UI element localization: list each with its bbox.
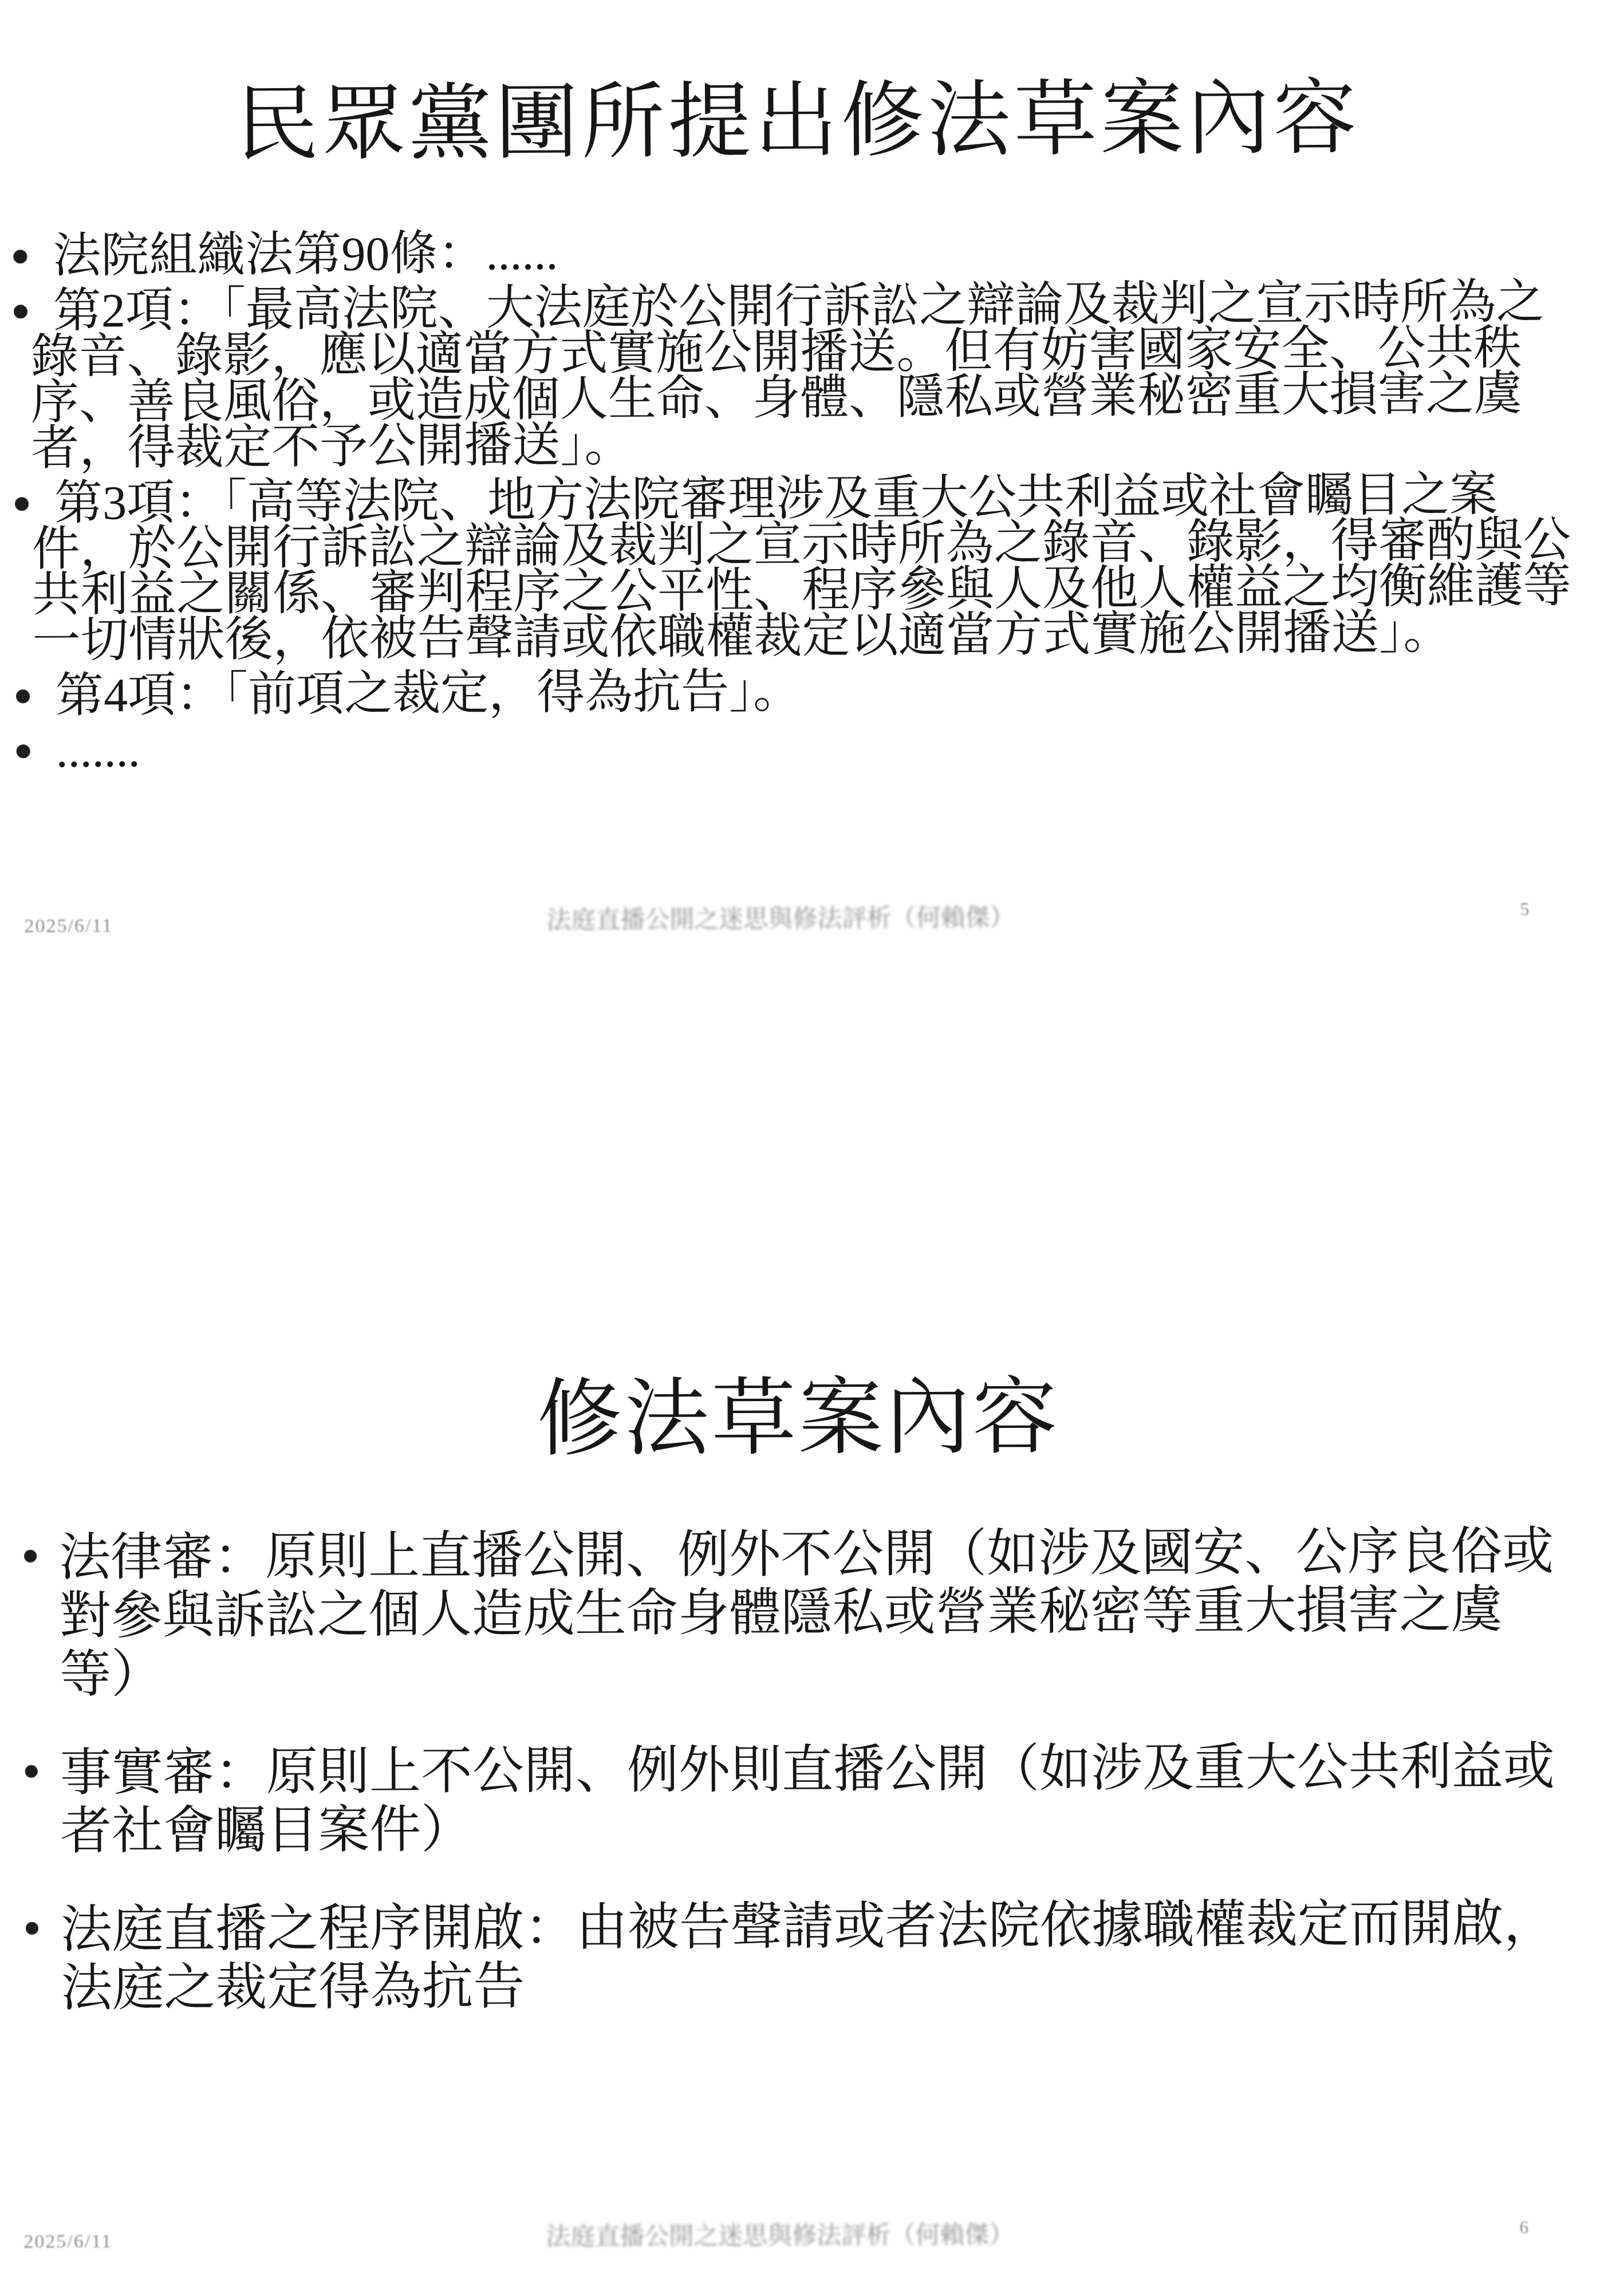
bullet-dot-icon bbox=[15, 497, 29, 511]
footer-presentation-title: 法庭直播公開之迷思與修法評析（何賴傑） bbox=[546, 898, 1027, 936]
page-title: 民眾黨團所提出修法草案內容 bbox=[0, 49, 1598, 178]
scanned-page: 民眾黨團所提出修法草案內容 法院組織法第90條：...... 第2項：「最高法院… bbox=[0, 0, 1600, 2296]
bullet-list: 法律審：原則上直播公開、例外不公開（如涉及國安、公序良俗或對參與訴訟之個人造成生… bbox=[0, 1522, 1576, 2058]
bullet-item: 第4項：「前項之裁定，得為抗告」。 bbox=[1, 664, 1582, 720]
footer-date: 2025/6/11 bbox=[24, 915, 113, 937]
slide-footer: 2025/6/11 法庭直播公開之迷思與修法評析（何賴傑） 5 bbox=[2, 891, 1600, 952]
bullet-text: ....... bbox=[33, 719, 1582, 775]
bullet-item: 法律審：原則上直播公開、例外不公開（如涉及國安、公序良俗或對參與訴訟之個人造成生… bbox=[0, 1522, 1574, 1705]
slide-6: 修法草案內容 法律審：原則上直播公開、例外不公開（如涉及國安、公序良俗或對參與訴… bbox=[0, 1302, 1600, 2296]
bullet-text: 第3項：「高等法院、地方法院審理涉及重大公共利益或社會矚目之案件，於公開行訴訟之… bbox=[31, 472, 1582, 665]
bullet-dot-icon bbox=[17, 744, 30, 758]
bullet-text: 第2項：「最高法院、大法庭於公開行訴訟之辯論及裁判之宣示時所為之錄音、錄影，應以… bbox=[30, 279, 1581, 472]
bullet-item: ....... bbox=[1, 719, 1582, 775]
bullet-item: 第3項：「高等法院、地方法院審理涉及重大公共利益或社會矚目之案件，於公開行訴訟之… bbox=[0, 472, 1582, 665]
bullet-list: 法院組織法第90條：...... 第2項：「最高法院、大法庭於公開行訴訟之辯論及… bbox=[0, 224, 1582, 784]
bullet-text: 事實審：原則上不公開、例外則直播公開（如涉及重大公共利益或者社會矚目案件） bbox=[60, 1738, 1575, 1861]
bullet-dot-icon bbox=[25, 1765, 38, 1778]
bullet-item: 法院組織法第90條：...... bbox=[0, 224, 1579, 280]
bullet-dot-icon bbox=[13, 250, 27, 263]
bullet-dot-icon bbox=[14, 305, 27, 318]
footer-presentation-title: 法庭直播公開之迷思與修法評析（何賴傑） bbox=[546, 2215, 1027, 2252]
bullet-text: 第4項：「前項之裁定，得為抗告」。 bbox=[33, 664, 1582, 720]
footer-page-number: 5 bbox=[1520, 898, 1529, 920]
bullet-dot-icon bbox=[26, 1922, 38, 1935]
slide-5: 民眾黨團所提出修法草案內容 法院組織法第90條：...... 第2項：「最高法院… bbox=[0, 0, 1600, 1007]
bullet-text: 法院組織法第90條：...... bbox=[30, 224, 1579, 280]
bullet-item: 第2項：「最高法院、大法庭於公開行訴訟之辯論及裁判之宣示時所為之錄音、錄影，應以… bbox=[0, 279, 1581, 472]
bullet-text: 法律審：原則上直播公開、例外不公開（如涉及國安、公序良俗或對參與訴訟之個人造成生… bbox=[59, 1522, 1574, 1705]
slide-footer: 2025/6/11 法庭直播公開之迷思與修法評析（何賴傑） 6 bbox=[2, 2210, 1600, 2268]
bullet-dot-icon bbox=[24, 1550, 37, 1563]
bullet-item: 事實審：原則上不公開、例外則直播公開（如涉及重大公共利益或者社會矚目案件） bbox=[0, 1738, 1575, 1861]
page-title: 修法草案內容 bbox=[0, 1347, 1598, 1475]
bullet-item: 法庭直播之程序開啟：由被告聲請或者法院依據職權裁定而開啟，法庭之裁定得為抗告 bbox=[1, 1895, 1576, 2018]
footer-page-number: 6 bbox=[1519, 2216, 1528, 2238]
bullet-text: 法庭直播之程序開啟：由被告聲請或者法院依據職權裁定而開啟，法庭之裁定得為抗告 bbox=[61, 1895, 1576, 2018]
bullet-dot-icon bbox=[16, 689, 30, 703]
footer-date: 2025/6/11 bbox=[23, 2231, 112, 2253]
